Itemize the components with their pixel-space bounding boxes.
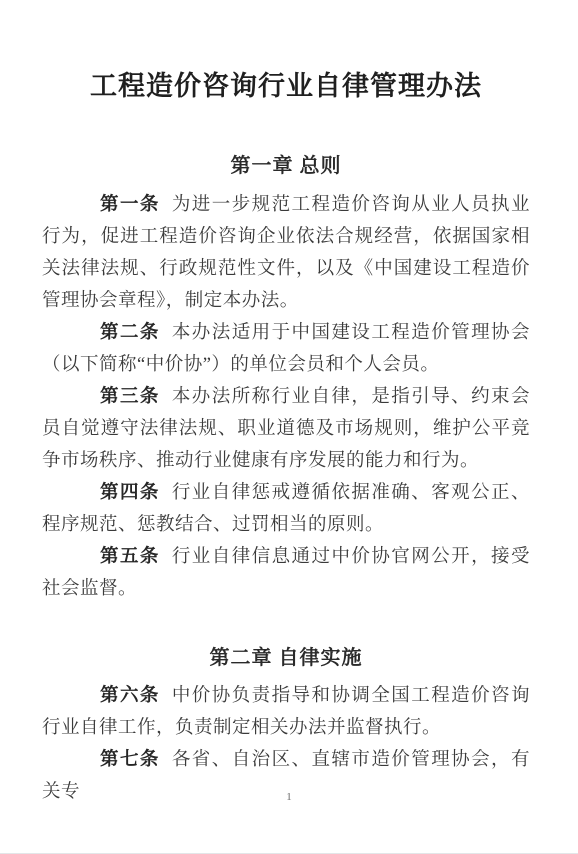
article-2: 第二条本办法适用于中国建设工程造价管理协会（以下简称“中价协”）的单位会员和个人… [42, 317, 530, 381]
article-1-label: 第一条 [100, 195, 160, 215]
chapter-general-provisions: 第一章 总则 第一条为进一步规范工程造价咨询从业人员执业行为，促进工程造价咨询企… [42, 153, 530, 605]
article-6-label: 第六条 [100, 686, 160, 706]
article-6: 第六条中价协负责指导和协调全国工程造价咨询行业自律工作，负责制定相关办法并监督执… [42, 680, 530, 744]
article-3: 第三条本办法所称行业自律，是指引导、约束会员自觉遵守法律法规、职业道德及市场规则… [42, 381, 530, 477]
article-5-label: 第五条 [100, 547, 160, 567]
scanned-document: { "document": { "title": "工程造价咨询行业自律管理办法… [0, 0, 578, 854]
article-4: 第四条行业自律惩戒遵循依据准确、客观公正、程序规范、惩教结合、过罚相当的原则。 [42, 477, 530, 541]
article-3-label: 第三条 [100, 387, 160, 407]
document-page: 工程造价咨询行业自律管理办法 第一章 总则 第一条为进一步规范工程造价咨询从业人… [0, 0, 578, 853]
article-1: 第一条为进一步规范工程造价咨询从业人员执业行为，促进工程造价咨询企业依法合规经营… [42, 189, 530, 317]
page-number: 1 [0, 791, 578, 803]
article-4-label: 第四条 [100, 483, 160, 503]
chapter-1-heading: 第一章 总则 [42, 153, 530, 179]
article-2-label: 第二条 [100, 323, 160, 343]
chapter-2-heading: 第二章 自律实施 [42, 645, 530, 671]
chapter-self-discipline-implementation: 第二章 自律实施 第六条中价协负责指导和协调全国工程造价咨询行业自律工作，负责制… [42, 645, 530, 808]
article-7-label: 第七条 [100, 750, 160, 770]
article-5: 第五条行业自律信息通过中价协官网公开，接受社会监督。 [42, 541, 530, 605]
document-title: 工程造价咨询行业自律管理办法 [42, 0, 530, 104]
